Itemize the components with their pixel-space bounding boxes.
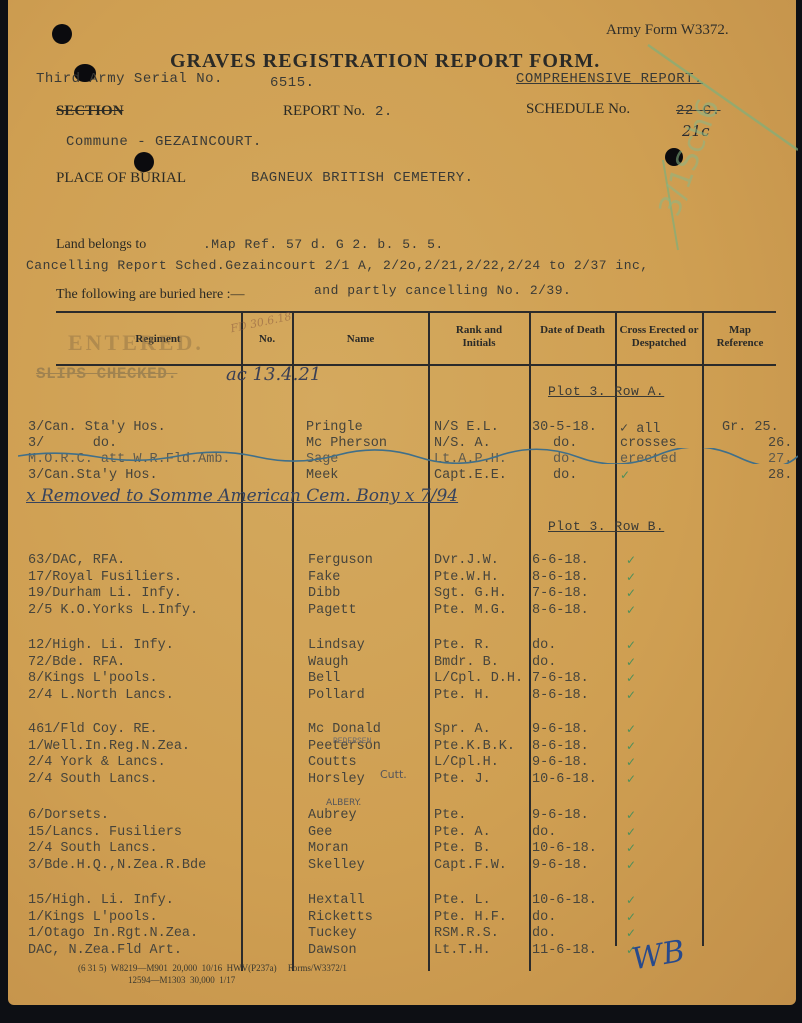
rank-cell: Pte. R. bbox=[434, 638, 491, 653]
report-no-label: REPORT No. bbox=[283, 103, 365, 120]
date-cell: 9-6-18. bbox=[532, 808, 589, 823]
print-line-1: (6 31 5) W8219—M901 20,000 10/16 HWV(P23… bbox=[78, 963, 347, 973]
rank-cell: Pte.W.H. bbox=[434, 570, 499, 585]
cross-cell: ✓ bbox=[626, 739, 636, 753]
cross-cell: ✓ bbox=[626, 570, 636, 584]
rank-cell: Pte. A. bbox=[434, 825, 491, 840]
commune: Commune - GEZAINCOURT. bbox=[66, 134, 262, 150]
name-cell: Fake bbox=[308, 570, 340, 585]
date-cell: do. bbox=[532, 910, 556, 925]
regiment-cell: 3/Can. Sta'y Hos. bbox=[28, 420, 166, 435]
cross-cell: ✓ bbox=[626, 603, 636, 617]
name-cell: Moran bbox=[308, 841, 349, 856]
regiment-cell: 12/High. Li. Infy. bbox=[28, 638, 174, 653]
col-divider bbox=[615, 311, 617, 946]
regiment-cell: 15/Lancs. Fusiliers bbox=[28, 825, 182, 840]
fd-pencil-note: FD 30.6.18 bbox=[229, 310, 292, 336]
cross-cell: ✓ all bbox=[620, 420, 661, 437]
cross-cell: ✓ bbox=[626, 586, 636, 600]
regiment-cell: 1/Well.In.Reg.N.Zea. bbox=[28, 739, 190, 754]
date-cell: 9-6-18. bbox=[532, 755, 589, 770]
table-top-rule bbox=[56, 311, 776, 313]
name-cell: Meek bbox=[306, 468, 338, 483]
rank-cell: Bmdr. B. bbox=[434, 655, 499, 670]
name-cell: Aubrey bbox=[308, 808, 357, 823]
rank-cell: RSM.R.S. bbox=[434, 926, 499, 941]
rank-cell: Pte. L. bbox=[434, 893, 491, 908]
handwritten-initials: WB bbox=[629, 934, 687, 978]
rank-cell: Sgt. G.H. bbox=[434, 586, 507, 601]
cross-cell: ✓ bbox=[626, 926, 636, 940]
removed-handwritten-note: x Removed to Somme American Cem. Bony x … bbox=[26, 486, 458, 506]
rank-cell: Capt.F.W. bbox=[434, 858, 507, 873]
date-cell: 7-6-18. bbox=[532, 671, 589, 686]
regiment-cell: 63/DAC, RFA. bbox=[28, 553, 125, 568]
checked-initials: ac 13.4.21 bbox=[226, 364, 321, 385]
name-cell: Coutts bbox=[308, 755, 357, 770]
cross-cell: ✓ bbox=[626, 671, 636, 685]
date-cell: 7-6-18. bbox=[532, 586, 589, 601]
cross-cell: ✓ bbox=[626, 553, 636, 567]
rank-cell: Pte. bbox=[434, 808, 466, 823]
cross-cell: ✓ bbox=[626, 858, 636, 872]
col-divider bbox=[292, 311, 294, 971]
cross-cell: ✓ bbox=[626, 910, 636, 924]
serial-label: Third Army Serial No. bbox=[36, 71, 223, 87]
rank-cell: Lt.T.H. bbox=[434, 943, 491, 958]
rank-cell: Pte.K.B.K. bbox=[434, 739, 515, 754]
date-cell: do. bbox=[532, 926, 556, 941]
rank-cell: Capt.E.E. bbox=[434, 468, 507, 483]
rank-cell: Pte. H.F. bbox=[434, 910, 507, 925]
land-belongs-label: Land belongs to bbox=[56, 237, 146, 253]
name-cell: Lindsay bbox=[308, 638, 365, 653]
name-cell: Horsley bbox=[308, 772, 365, 787]
cancelling-report: Cancelling Report Sched.Gezaincourt 2/1 … bbox=[26, 258, 649, 273]
regiment-cell: 461/Fld Coy. RE. bbox=[28, 722, 158, 737]
name-cell: Tuckey bbox=[308, 926, 357, 941]
date-cell: 9-6-18. bbox=[532, 722, 589, 737]
print-line-2: 12594—M1303 30,000 1/17 bbox=[128, 975, 235, 985]
partly-cancelling: and partly cancelling No. 2/39. bbox=[314, 283, 571, 298]
section-label: SECTION bbox=[56, 103, 124, 120]
cross-cell: ✓ bbox=[626, 655, 636, 669]
date-cell: 8-6-18. bbox=[532, 570, 589, 585]
cross-cell: ✓ bbox=[626, 841, 636, 855]
col-divider bbox=[241, 311, 243, 971]
regiment-cell: 72/Bde. RFA. bbox=[28, 655, 125, 670]
plot-row-a-heading: Plot 3. Row A. bbox=[548, 384, 664, 399]
rank-cell: N/S E.L. bbox=[434, 420, 499, 435]
plot-row-b-heading: Plot 3. Row B. bbox=[548, 519, 664, 534]
date-cell: 6-6-18. bbox=[532, 553, 589, 568]
regiment-cell: 3/Can.Sta'y Hos. bbox=[28, 468, 158, 483]
name-cell: Waugh bbox=[308, 655, 349, 670]
col-header-no: No. bbox=[242, 333, 292, 346]
map-cell: 28. bbox=[768, 468, 792, 483]
cross-cell: ✓ bbox=[620, 468, 630, 482]
col-divider bbox=[702, 311, 704, 946]
rank-cell: L/Cpl.H. bbox=[434, 755, 499, 770]
cross-cell: ✓ bbox=[626, 755, 636, 769]
report-no: 2. bbox=[375, 104, 393, 120]
name-cell: Bell bbox=[308, 671, 340, 686]
regiment-cell: 2/4 South Lancs. bbox=[28, 841, 158, 856]
name-cell: Pagett bbox=[308, 603, 357, 618]
rank-cell: Dvr.J.W. bbox=[434, 553, 499, 568]
date-cell: 30-5-18. bbox=[532, 420, 597, 435]
rank-cell: Pte. B. bbox=[434, 841, 491, 856]
name-cell: Dibb bbox=[308, 586, 340, 601]
name-cell: Skelley bbox=[308, 858, 365, 873]
regiment-cell: 15/High. Li. Infy. bbox=[28, 893, 174, 908]
regiment-cell: 1/Kings L'pools. bbox=[28, 910, 158, 925]
wavy-strikethrough-icon bbox=[18, 448, 798, 464]
serial-number: 6515. bbox=[270, 75, 315, 91]
map-reference: .Map Ref. 57 d. G 2. b. 5. 5. bbox=[203, 237, 444, 252]
correction-pedersen: PEDERSEN bbox=[333, 737, 371, 746]
form-title: GRAVES REGISTRATION REPORT FORM. bbox=[170, 50, 600, 73]
cross-cell: ✓ bbox=[626, 638, 636, 652]
place-of-burial-label: PLACE OF BURIAL bbox=[56, 170, 186, 187]
rank-cell: L/Cpl. D.H. bbox=[434, 671, 523, 686]
date-cell: 11-6-18. bbox=[532, 943, 597, 958]
date-cell: 10-6-18. bbox=[532, 893, 597, 908]
date-cell: do. bbox=[553, 468, 577, 483]
buried-here-label: The following are buried here :— bbox=[56, 287, 245, 303]
name-cell: Ferguson bbox=[308, 553, 373, 568]
name-cell: Mc Donald bbox=[308, 722, 381, 737]
date-cell: do. bbox=[532, 825, 556, 840]
name-cell: Gee bbox=[308, 825, 332, 840]
date-cell: 8-6-18. bbox=[532, 603, 589, 618]
date-cell: 10-6-18. bbox=[532, 772, 597, 787]
correction-cutt: Cutt. bbox=[380, 768, 407, 781]
col-header-rank: Rank and Initials bbox=[444, 324, 514, 350]
document-page: Army Form W3372. GRAVES REGISTRATION REP… bbox=[8, 0, 796, 1005]
place-of-burial-value: BAGNEUX BRITISH CEMETERY. bbox=[251, 170, 474, 186]
slips-checked-stamp: SLIPS CHECKED. bbox=[36, 365, 177, 383]
regiment-cell: 2/5 K.O.Yorks L.Infy. bbox=[28, 603, 198, 618]
name-cell: Dawson bbox=[308, 943, 357, 958]
svg-text:3/1Sch6: 3/1Sch6 bbox=[652, 94, 727, 221]
date-cell: 8-6-18. bbox=[532, 688, 589, 703]
rank-cell: Pte. H. bbox=[434, 688, 491, 703]
punch-hole bbox=[134, 152, 154, 172]
col-header-date: Date of Death bbox=[530, 324, 615, 337]
army-form-number: Army Form W3372. bbox=[606, 22, 729, 39]
regiment-cell: 2/4 York & Lancs. bbox=[28, 755, 166, 770]
name-cell: Pollard bbox=[308, 688, 365, 703]
cross-cell: ✓ bbox=[626, 825, 636, 839]
cross-cell: ✓ bbox=[626, 772, 636, 786]
punch-hole bbox=[52, 24, 72, 44]
regiment-cell: 2/4 South Lancs. bbox=[28, 772, 158, 787]
col-divider bbox=[529, 311, 531, 971]
rank-cell: Pte. J. bbox=[434, 772, 491, 787]
name-cell: Pringle bbox=[306, 420, 363, 435]
rank-cell: Spr. A. bbox=[434, 722, 491, 737]
name-cell: Ricketts bbox=[308, 910, 373, 925]
cross-cell: ✓ bbox=[626, 808, 636, 822]
cross-cell: ✓ bbox=[626, 722, 636, 736]
regiment-cell: 2/4 L.North Lancs. bbox=[28, 688, 174, 703]
date-cell: 10-6-18. bbox=[532, 841, 597, 856]
col-header-name: Name bbox=[293, 333, 428, 346]
regiment-cell: 3/Bde.H.Q.,N.Zea.R.Bde bbox=[28, 858, 206, 873]
rank-cell: Pte. M.G. bbox=[434, 603, 507, 618]
date-cell: 9-6-18. bbox=[532, 858, 589, 873]
regiment-cell: 19/Durham Li. Infy. bbox=[28, 586, 182, 601]
regiment-cell: 8/Kings L'pools. bbox=[28, 671, 158, 686]
date-cell: 8-6-18. bbox=[532, 739, 589, 754]
entered-stamp: ENTERED. bbox=[68, 330, 204, 356]
cross-cell: ✓ bbox=[626, 893, 636, 907]
regiment-cell: DAC, N.Zea.Fld Art. bbox=[28, 943, 182, 958]
date-cell: do. bbox=[532, 655, 556, 670]
map-cell: Gr. 25. bbox=[722, 420, 779, 435]
col-divider bbox=[428, 311, 430, 971]
correction-albery: ALBERY. bbox=[326, 798, 361, 808]
green-pencil-annotation-icon: 3/1Sch6 bbox=[608, 40, 798, 260]
cross-cell: ✓ bbox=[626, 688, 636, 702]
regiment-cell: 6/Dorsets. bbox=[28, 808, 109, 823]
date-cell: do. bbox=[532, 638, 556, 653]
col-header-cross: Cross Erected or Despatched bbox=[616, 324, 702, 350]
regiment-cell: 1/Otago In.Rgt.N.Zea. bbox=[28, 926, 198, 941]
col-header-map: Map Reference bbox=[708, 324, 772, 350]
regiment-cell: 17/Royal Fusiliers. bbox=[28, 570, 182, 585]
name-cell: Hextall bbox=[308, 893, 365, 908]
